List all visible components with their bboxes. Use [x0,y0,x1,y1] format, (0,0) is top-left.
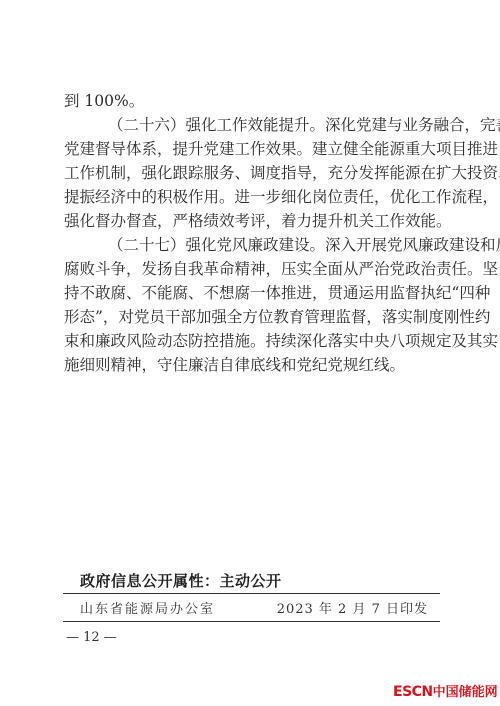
text-line-section-26-heading: （二十六）强化工作效能提升。深化党建与业务融合，完善 [64,113,438,137]
disclosure-attribute-heading: 政府信息公开属性：主动公开 [80,570,282,591]
text-line: 腐败斗争，发扬自我革命精神，压实全面从严治党政治责任。坚 [64,257,438,281]
issuer-name: 山东省能源局办公室 [80,598,215,617]
logo-latin: ESCN [393,684,433,700]
escn-watermark-logo: ESCN中国储能网 [393,681,498,700]
text-line: 到 100%。 [64,89,438,113]
issue-date: 2023 年 2 月 7 日印发 [277,598,428,617]
text-line: 持不敢腐、不能腐、不想腐一体推进，贯通运用监督执纪“四种 [64,281,438,305]
body-text: 到 100%。 （二十六）强化工作效能提升。深化党建与业务融合，完善 党建督导体… [64,89,438,377]
text-line-section-27-heading: （二十七）强化党风廉政建设。深入开展党风廉政建设和反 [64,233,438,257]
logo-chinese: 中国储能网 [433,685,498,700]
text-line: 工作机制，强化跟踪服务、调度指导，充分发挥能源在扩大投资、 [64,161,438,185]
footer-rule-top [63,593,440,594]
page-number: — 12 — [66,630,117,645]
text-line: 提振经济中的积极作用。进一步细化岗位责任，优化工作流程， [64,185,438,209]
footer-rule-bottom [63,621,440,622]
text-line: 束和廉政风险动态防控措施。持续深化落实中央八项规定及其实 [64,329,438,353]
text-line: 强化督办督查，严格绩效考评，着力提升机关工作效能。 [64,209,438,233]
text-line: 施细则精神，守住廉洁自律底线和党纪党规红线。 [64,353,438,377]
document-page: 到 100%。 （二十六）强化工作效能提升。深化党建与业务融合，完善 党建督导体… [0,0,500,706]
text-line: 形态”，对党员干部加强全方位教育管理监督，落实制度刚性约 [64,305,438,329]
text-line: 党建督导体系，提升党建工作效果。建立健全能源重大项目推进 [64,137,438,161]
